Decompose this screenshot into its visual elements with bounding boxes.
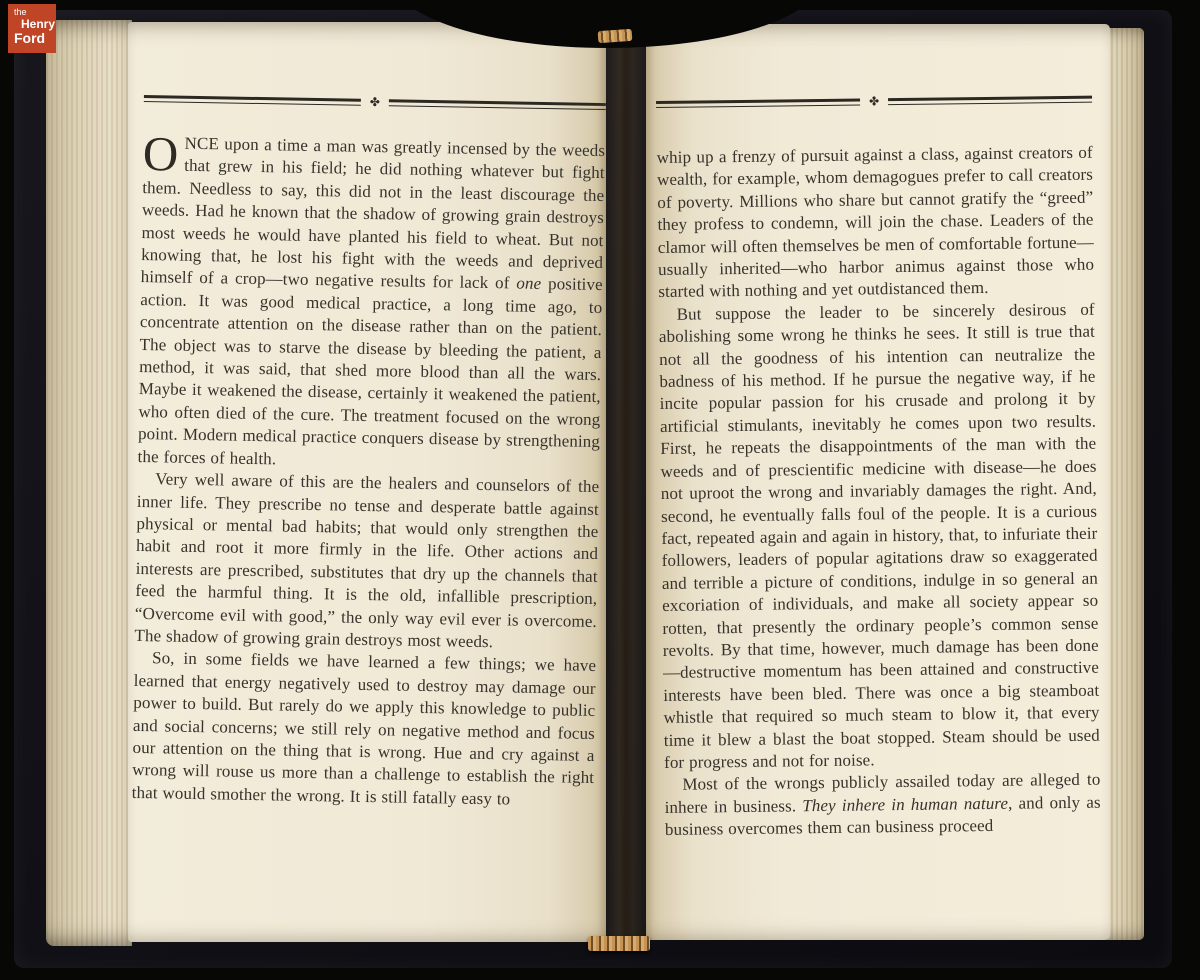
floret-ornament-icon: ✤ — [869, 95, 879, 107]
head-rule-right: ✤ — [656, 93, 1092, 110]
paragraph: Very well aware of this are the healers … — [134, 468, 599, 655]
rule-line — [888, 95, 1092, 104]
right-page-content: ✤ whip up a frenzy of pursuit against a … — [656, 93, 1101, 842]
rule-line — [656, 98, 860, 107]
rule-line — [144, 94, 361, 105]
book-photograph: ✤ ONCE upon a time a man was greatly inc… — [0, 0, 1200, 980]
headband-bottom — [588, 936, 650, 951]
head-rule-left: ✤ — [144, 92, 606, 112]
headband-top — [598, 29, 633, 43]
logo-henry: Henry — [21, 18, 56, 30]
paragraph: But suppose the leader to be sincerely d… — [659, 299, 1101, 775]
page-edge-stack-left — [46, 20, 132, 946]
paragraph: Most of the wrongs publicly assailed tod… — [664, 769, 1101, 842]
drop-cap: O — [143, 132, 185, 175]
logo-ford: Ford — [14, 31, 56, 45]
logo-the: the — [14, 8, 56, 17]
left-page: ✤ ONCE upon a time a man was greatly inc… — [128, 22, 606, 942]
paragraph: whip up a frenzy of pursuit against a cl… — [657, 142, 1095, 304]
paragraph: So, in some fields we have learned a few… — [132, 647, 597, 812]
right-page: ✤ whip up a frenzy of pursuit against a … — [646, 24, 1110, 940]
right-page-text: whip up a frenzy of pursuit against a cl… — [657, 142, 1101, 842]
henry-ford-logo: the Henry Ford — [8, 4, 56, 53]
floret-ornament-icon: ✤ — [370, 96, 380, 108]
left-page-text: ONCE upon a time a man was greatly incen… — [132, 132, 606, 812]
page-edge-stack-right — [1106, 28, 1144, 940]
left-page-content: ✤ ONCE upon a time a man was greatly inc… — [132, 92, 606, 812]
paragraph: ONCE upon a time a man was greatly incen… — [137, 132, 605, 476]
rule-line — [389, 99, 606, 110]
